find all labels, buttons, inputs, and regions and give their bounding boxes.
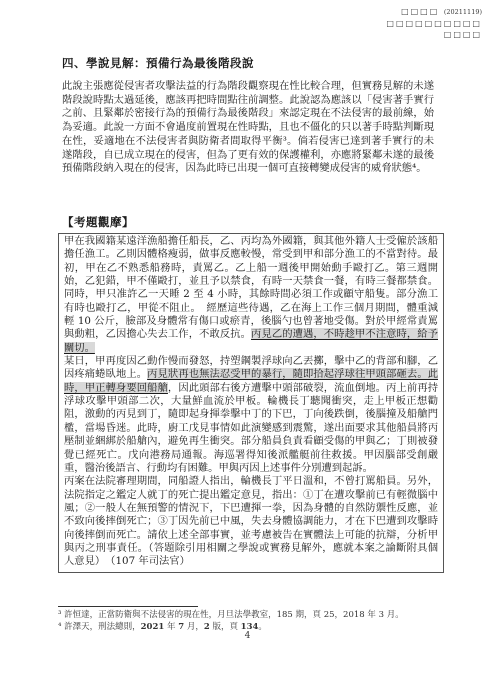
- text-run: 版，頁: [210, 622, 241, 632]
- exam-label: 【考題觀摩】: [62, 214, 134, 230]
- header-boxes-1: □□□□: [401, 7, 439, 16]
- footnote-separator: [58, 606, 198, 607]
- header-line-1: □□□□ (20211119): [386, 6, 482, 18]
- exam-question-box: 甲在我國籍某遠洋漁船擔任船長，乙、丙均為外國籍，與其他外籍人士受僱於該船擔任漁工…: [58, 233, 444, 573]
- text-run: 。: [258, 622, 267, 632]
- header-line-3: □□□□: [386, 29, 482, 40]
- exam-paragraph: 甲在我國籍某遠洋漁船擔任船長，乙、丙均為外國籍，與其他外籍人士受僱於該船擔任漁工…: [64, 235, 438, 355]
- text-run: 月，: [184, 622, 204, 632]
- header-boxes-3: □□□□: [444, 30, 482, 39]
- exam-paragraph: 某日，甲再度因乙動作慢而發怒，持塑鋼製浮球向乙丟擲，擊中乙的背部和腳，乙因疼痛蜷…: [64, 355, 438, 475]
- footnote: ³ 許恒達，正當防衛與不法侵害的現在性，月旦法學教室，185 期，頁 25，20…: [58, 610, 450, 622]
- text-run: ，因此頭部右後方遭擊中頭部破裂，流血倒地。丙上前再持浮球攻擊甲頭部二次，大量鮮血…: [64, 382, 438, 474]
- page-number: 4: [0, 631, 495, 641]
- header-boxes-2: □□□□□□□□□□: [386, 19, 482, 28]
- header-line-2: □□□□□□□□□□: [386, 18, 482, 29]
- text-run: 丙案在法院審理期間，同船證人指出，輪機長丁平日溫和，不曾打罵船員。另外，法院指定…: [64, 475, 438, 567]
- header-meta: □□□□ (20211119) □□□□□□□□□□ □□□□: [386, 6, 482, 40]
- exam-paragraph: 丙案在法院審理期間，同船證人指出，輪機長丁平日溫和，不曾打罵船員。另外，法院指定…: [64, 475, 438, 568]
- bold-text: 134: [241, 622, 259, 632]
- footnote-list: ³ 許恒達，正當防衛與不法侵害的現在性，月旦法學教室，185 期，頁 25，20…: [58, 610, 450, 633]
- text-run: 年: [164, 622, 178, 632]
- text-run: ³ 許恒達，正當防衛與不法侵害的現在性，月旦法學教室，185 期，頁 25，20…: [58, 610, 404, 620]
- document-page: □□□□ (20211119) □□□□□□□□□□ □□□□ 四、學說見解：預…: [0, 0, 495, 700]
- text-run: 甲在我國籍某遠洋漁船擔任船長，乙、丙均為外國籍，與其他外籍人士受僱於該船擔任漁工…: [64, 235, 438, 340]
- doctrine-paragraph: 此說主張應從侵害者攻擊法益的行為階段觀察現在性比較合理，但實務見解的未遂階段說時…: [62, 80, 434, 176]
- text-run: ⁴ 許澤天，刑法總則，: [58, 622, 141, 632]
- header-date: (20211119): [444, 8, 482, 16]
- bold-text: 2021: [141, 622, 165, 632]
- section-heading: 四、學說見解：預備行為最後階段說: [62, 55, 254, 71]
